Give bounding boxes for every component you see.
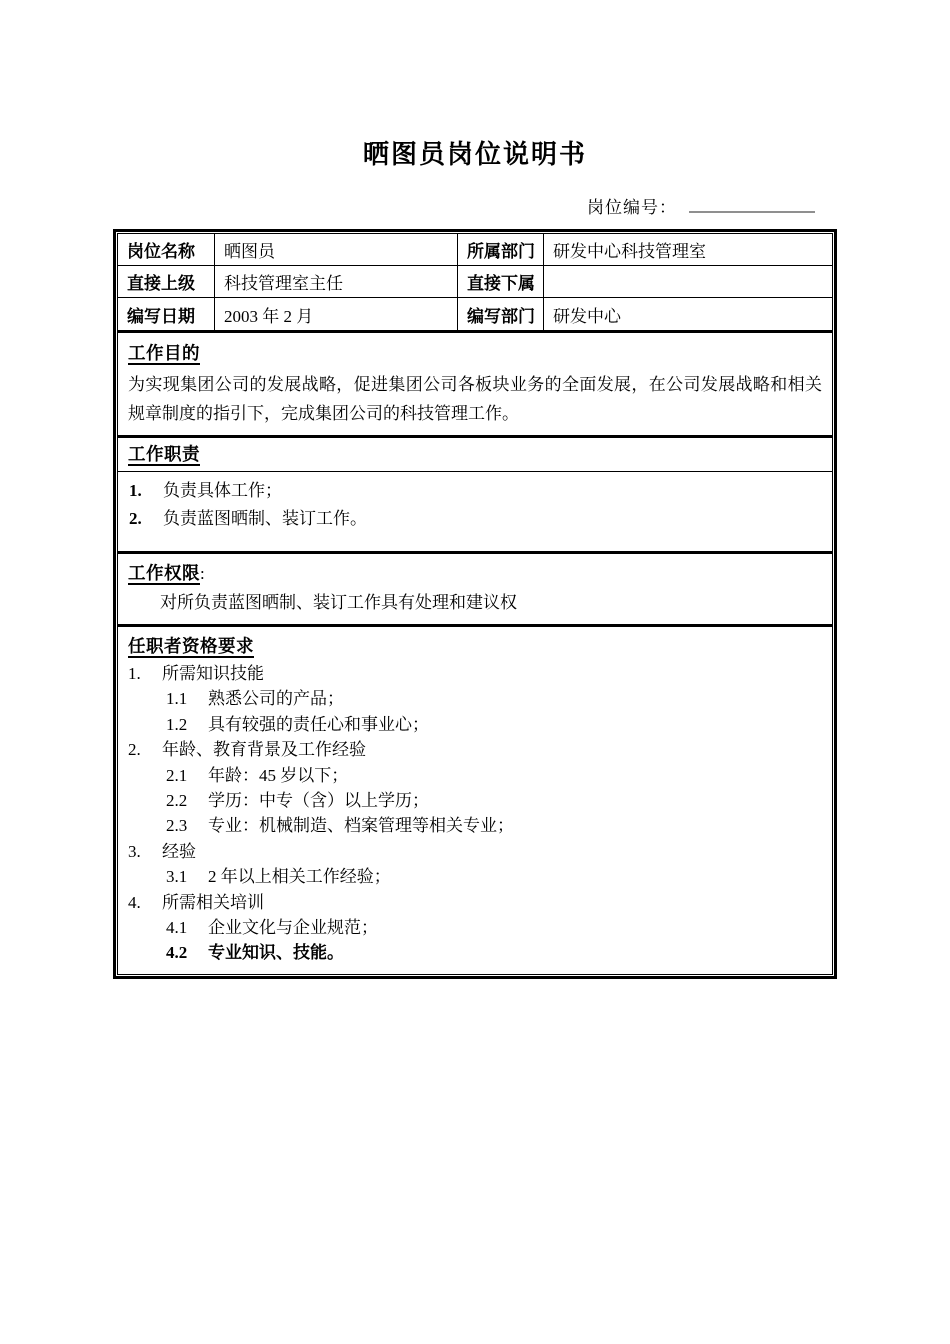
info-label-position-name: 岗位名称 (118, 234, 215, 266)
qualification-item-number: 2.3 (166, 813, 208, 838)
section-work-purpose: 工作目的 为实现集团公司的发展战略，促进集团公司各板块业务的全面发展，在公司发展… (118, 330, 832, 435)
duty-item-text: 负责蓝图晒制、装订工作。 (163, 505, 367, 533)
info-label-write-department: 编写部门 (458, 298, 544, 330)
info-value-write-department: 研发中心 (544, 298, 832, 330)
qualifications-title: 任职者资格要求 (128, 636, 254, 656)
work-purpose-title: 工作目的 (128, 343, 200, 363)
qualification-item-number: 3.1 (166, 864, 208, 889)
page-title: 晒图员岗位说明书 (0, 0, 950, 171)
position-number-row: 岗位编号： (113, 193, 837, 219)
qualification-item: 2. 年龄、教育背景及工作经验 (128, 737, 822, 762)
work-authority-body: 对所负责蓝图晒制、装订工作具有处理和建议权 (128, 589, 822, 616)
duty-item-number: 2. (118, 505, 163, 533)
qualification-item-text: 熟悉公司的产品； (208, 686, 344, 711)
qualifications-list: 1. 所需知识技能 1.1 熟悉公司的产品； 1.2 具有较强的责任心和事业心；… (128, 661, 822, 966)
qualification-item-text: 年龄：45 岁以下； (208, 763, 348, 788)
qualification-item-text: 企业文化与企业规范； (208, 915, 378, 940)
job-description-table-inner: 岗位名称 晒图员 所属部门 研发中心科技管理室 直接上级 科技管理室主任 直接下… (117, 233, 833, 975)
position-number-label: 岗位编号： (587, 198, 677, 217)
position-number-blank-line (689, 197, 815, 213)
info-label-department: 所属部门 (458, 234, 544, 266)
qualification-item-number: 2.2 (166, 788, 208, 813)
work-duties-list: 1. 负责具体工作； 2. 负责蓝图晒制、装订工作。 (118, 472, 832, 551)
work-authority-title-colon: : (200, 564, 205, 583)
qualification-item: 2.1 年龄：45 岁以下； (128, 763, 822, 788)
info-value-department: 研发中心科技管理室 (544, 234, 832, 266)
qualification-item-number: 1. (128, 661, 162, 686)
qualification-item-number: 4.1 (166, 915, 208, 940)
qualification-item-text: 所需知识技能 (162, 661, 264, 686)
work-authority-title: 工作权限 (128, 563, 200, 583)
qualification-item-number: 4. (128, 890, 162, 915)
info-value-write-date: 2003 年 2 月 (215, 298, 458, 330)
qualification-item-number: 4.2 (166, 940, 208, 965)
section-qualifications: 任职者资格要求 1. 所需知识技能 1.1 熟悉公司的产品； 1.2 具有较强的… (118, 624, 832, 974)
qualification-item: 4.2 专业知识、技能。 (128, 940, 822, 965)
info-value-position-name: 晒图员 (215, 234, 458, 266)
qualification-item: 4.1 企业文化与企业规范； (128, 915, 822, 940)
qualification-item-number: 2. (128, 737, 162, 762)
duty-item: 1. 负责具体工作； (118, 477, 832, 505)
qualification-item: 2.3 专业：机械制造、档案管理等相关专业； (128, 813, 822, 838)
info-label-direct-subordinate: 直接下属 (458, 266, 544, 298)
basic-info-grid: 岗位名称 晒图员 所属部门 研发中心科技管理室 直接上级 科技管理室主任 直接下… (118, 234, 832, 330)
document-page: 晒图员岗位说明书 岗位编号： 岗位名称 晒图员 所属部门 研发中心科技管理室 直… (0, 0, 950, 1344)
qualification-item: 2.2 学历：中专（含）以上学历； (128, 788, 822, 813)
qualification-item-text: 年龄、教育背景及工作经验 (162, 737, 366, 762)
qualification-item-text: 专业：机械制造、档案管理等相关专业； (208, 813, 514, 838)
info-label-direct-superior: 直接上级 (118, 266, 215, 298)
qualification-item-number: 3. (128, 839, 162, 864)
info-label-write-date: 编写日期 (118, 298, 215, 330)
work-duties-title: 工作职责 (128, 444, 200, 464)
qualification-item-text: 经验 (162, 839, 196, 864)
duty-item-text: 负责具体工作； (163, 477, 282, 505)
section-work-authority: 工作权限: 对所负责蓝图晒制、装订工作具有处理和建议权 (118, 551, 832, 624)
qualification-item: 1.1 熟悉公司的产品； (128, 686, 822, 711)
info-value-direct-subordinate (544, 266, 832, 298)
qualification-item-number: 1.2 (166, 712, 208, 737)
qualification-item: 3. 经验 (128, 839, 822, 864)
qualification-item: 1.2 具有较强的责任心和事业心； (128, 712, 822, 737)
qualification-item-text: 专业知识、技能。 (208, 940, 344, 965)
qualification-item: 3.1 2 年以上相关工作经验； (128, 864, 822, 889)
duty-item-number: 1. (118, 477, 163, 505)
info-value-direct-superior: 科技管理室主任 (215, 266, 458, 298)
qualification-item-text: 2 年以上相关工作经验； (208, 864, 391, 889)
qualification-item-text: 所需相关培训 (162, 890, 264, 915)
section-work-duties: 工作职责 1. 负责具体工作； 2. 负责蓝图晒制、装订工作。 (118, 435, 832, 551)
qualification-item-number: 1.1 (166, 686, 208, 711)
duty-item: 2. 负责蓝图晒制、装订工作。 (118, 505, 832, 533)
qualification-item-text: 学历：中专（含）以上学历； (208, 788, 429, 813)
qualification-item-text: 具有较强的责任心和事业心； (208, 712, 429, 737)
work-purpose-body: 为实现集团公司的发展战略，促进集团公司各板块业务的全面发展，在公司发展战略和相关… (128, 370, 822, 428)
qualification-item: 4. 所需相关培训 (128, 890, 822, 915)
qualification-item: 1. 所需知识技能 (128, 661, 822, 686)
qualification-item-number: 2.1 (166, 763, 208, 788)
work-duties-title-row: 工作职责 (118, 438, 832, 472)
job-description-table: 岗位名称 晒图员 所属部门 研发中心科技管理室 直接上级 科技管理室主任 直接下… (113, 229, 837, 979)
